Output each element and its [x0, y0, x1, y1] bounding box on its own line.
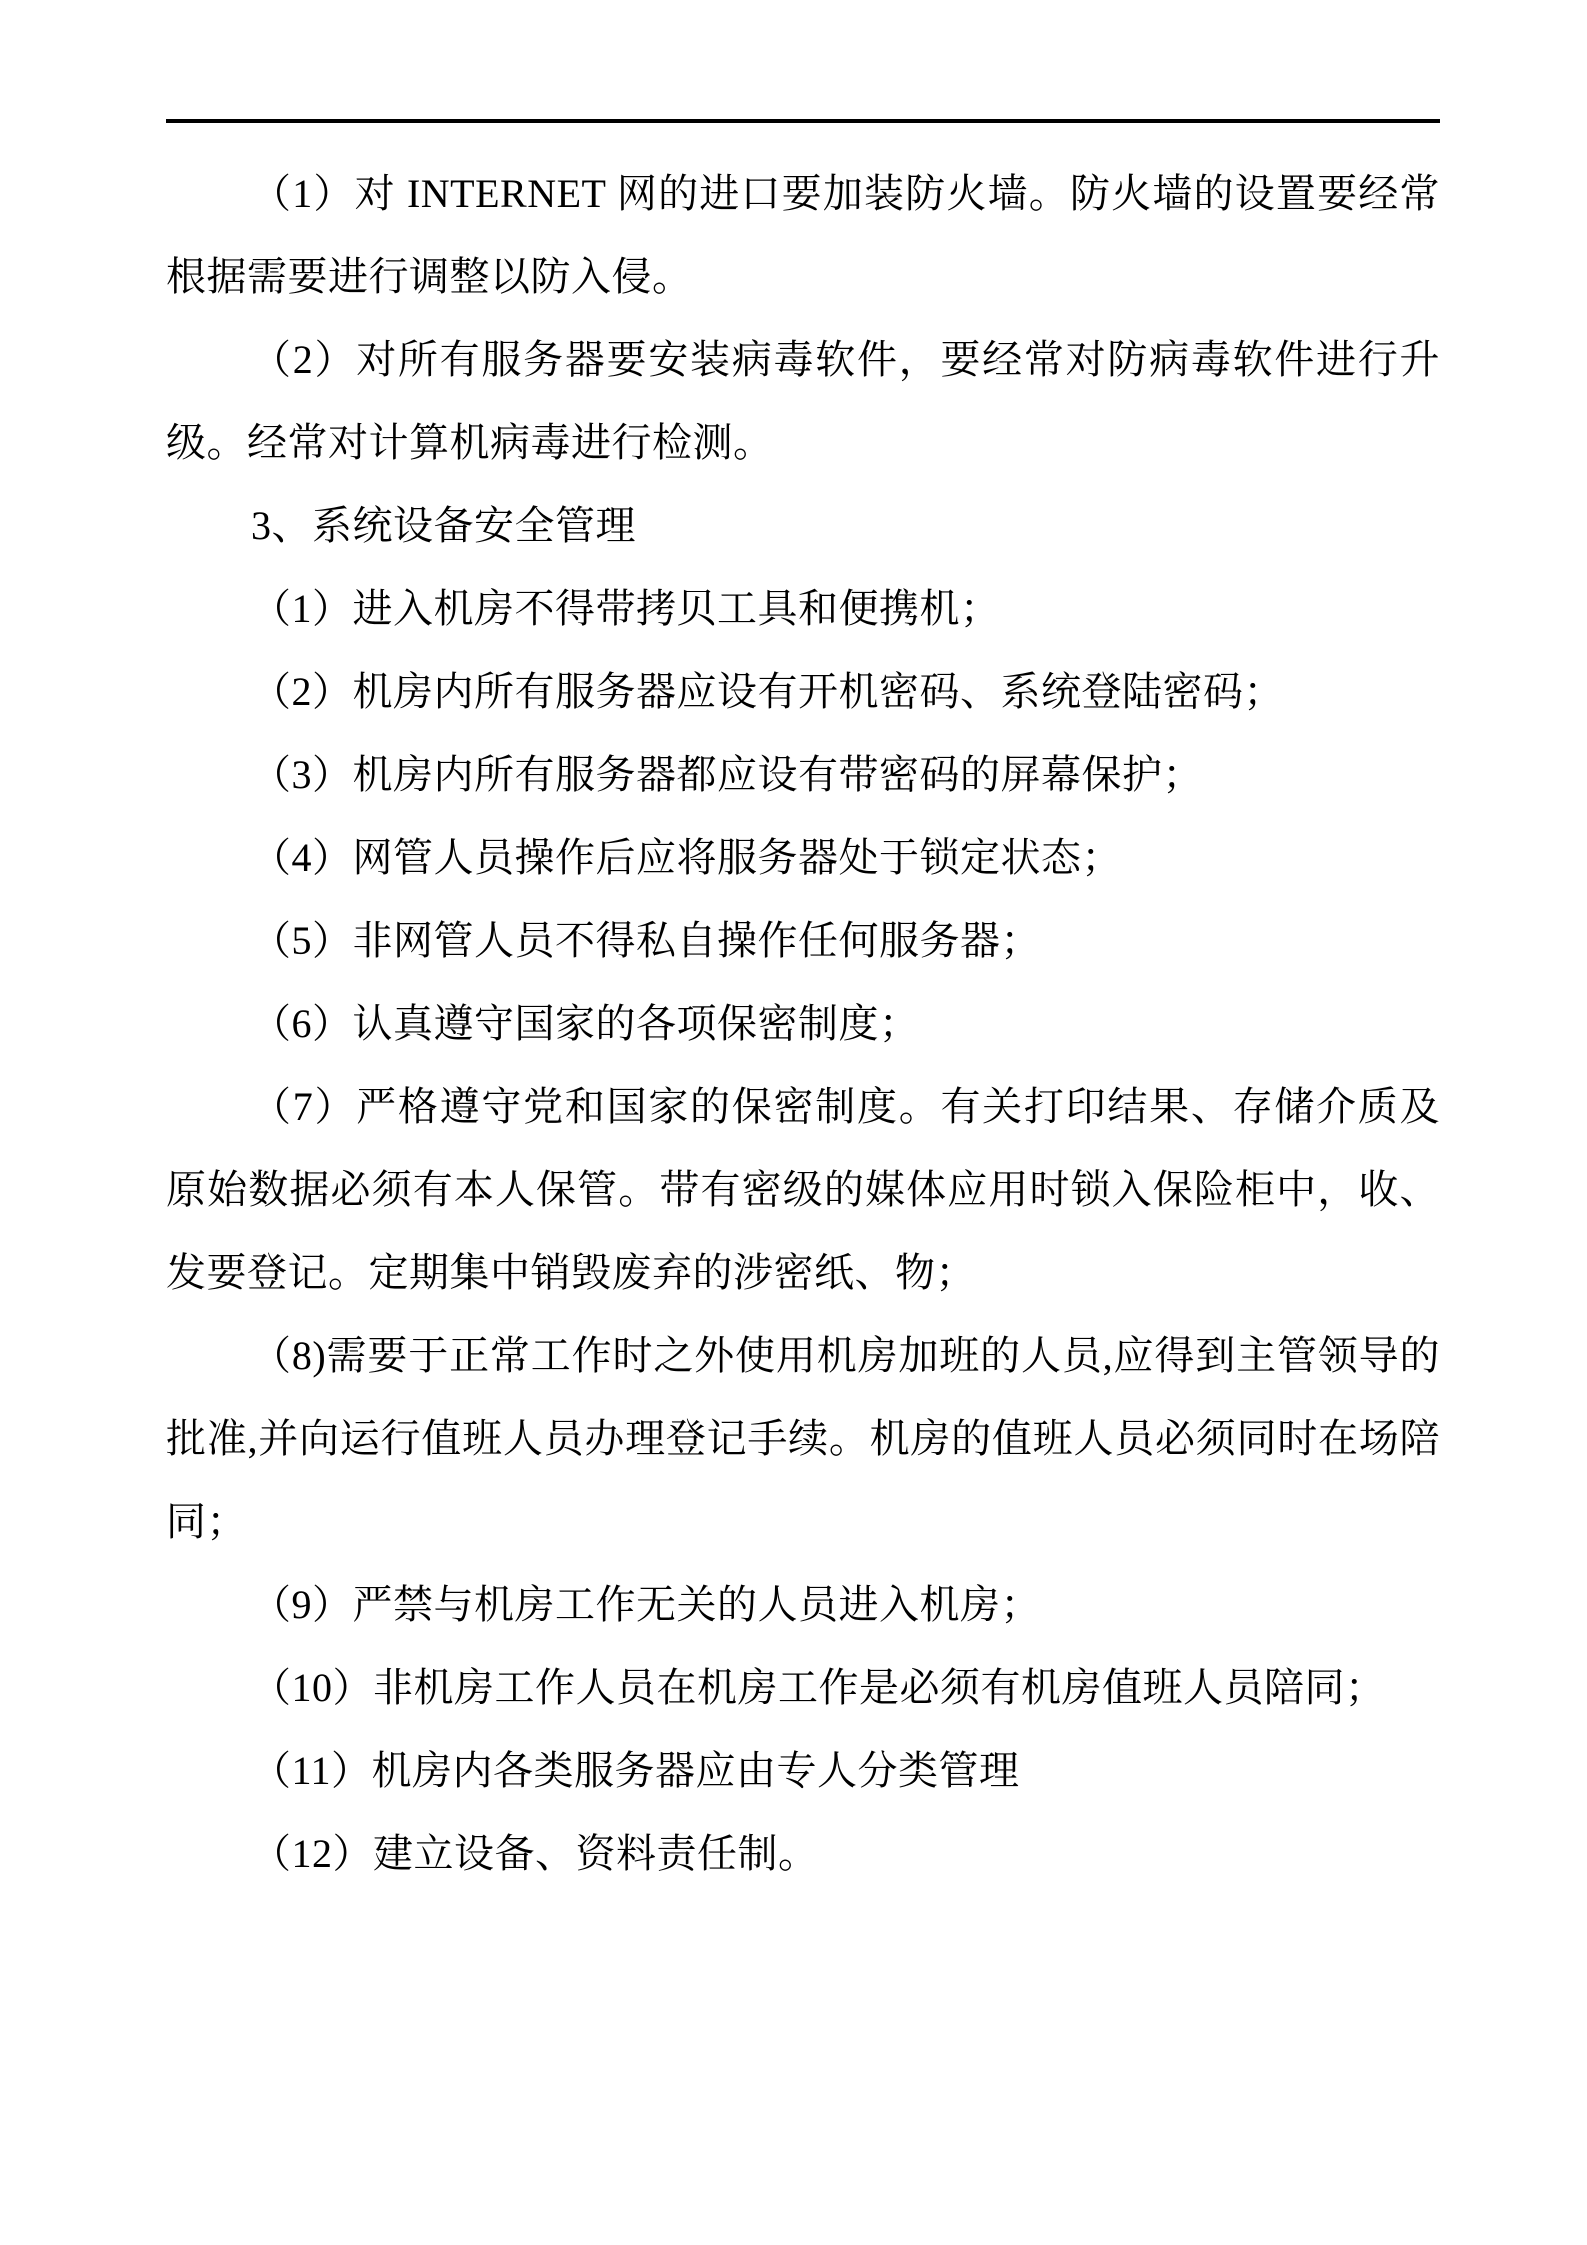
item-3: （3）机房内所有服务器都应设有带密码的屏幕保护； [166, 733, 1440, 816]
item-8: （8)需要于正常工作时之外使用机房加班的人员,应得到主管领导的批准,并向运行值班… [166, 1314, 1440, 1563]
para-firewall: （1）对 INTERNET 网的进口要加装防火墙。防火墙的设置要经常根据需要进行… [166, 152, 1440, 318]
item-9: （9）严禁与机房工作无关的人员进入机房； [166, 1563, 1440, 1646]
document-body: （1）对 INTERNET 网的进口要加装防火墙。防火墙的设置要经常根据需要进行… [166, 152, 1440, 1895]
document-page: （1）对 INTERNET 网的进口要加装防火墙。防火墙的设置要经常根据需要进行… [0, 0, 1587, 2245]
item-10: （10）非机房工作人员在机房工作是必须有机房值班人员陪同； [166, 1646, 1440, 1729]
item-12: （12）建立设备、资料责任制。 [166, 1812, 1440, 1895]
section-heading-3: 3、系统设备安全管理 [166, 484, 1440, 567]
para-antivirus: （2）对所有服务器要安装病毒软件，要经常对防病毒软件进行升级。经常对计算机病毒进… [166, 318, 1440, 484]
item-4: （4）网管人员操作后应将服务器处于锁定状态； [166, 816, 1440, 899]
item-6: （6）认真遵守国家的各项保密制度； [166, 982, 1440, 1065]
item-2: （2）机房内所有服务器应设有开机密码、系统登陆密码； [166, 650, 1440, 733]
item-5: （5）非网管人员不得私自操作任何服务器； [166, 899, 1440, 982]
header-rule [166, 119, 1440, 123]
item-11: （11）机房内各类服务器应由专人分类管理 [166, 1729, 1440, 1812]
item-7: （7）严格遵守党和国家的保密制度。有关打印结果、存储介质及原始数据必须有本人保管… [166, 1065, 1440, 1314]
item-1: （1）进入机房不得带拷贝工具和便携机； [166, 567, 1440, 650]
